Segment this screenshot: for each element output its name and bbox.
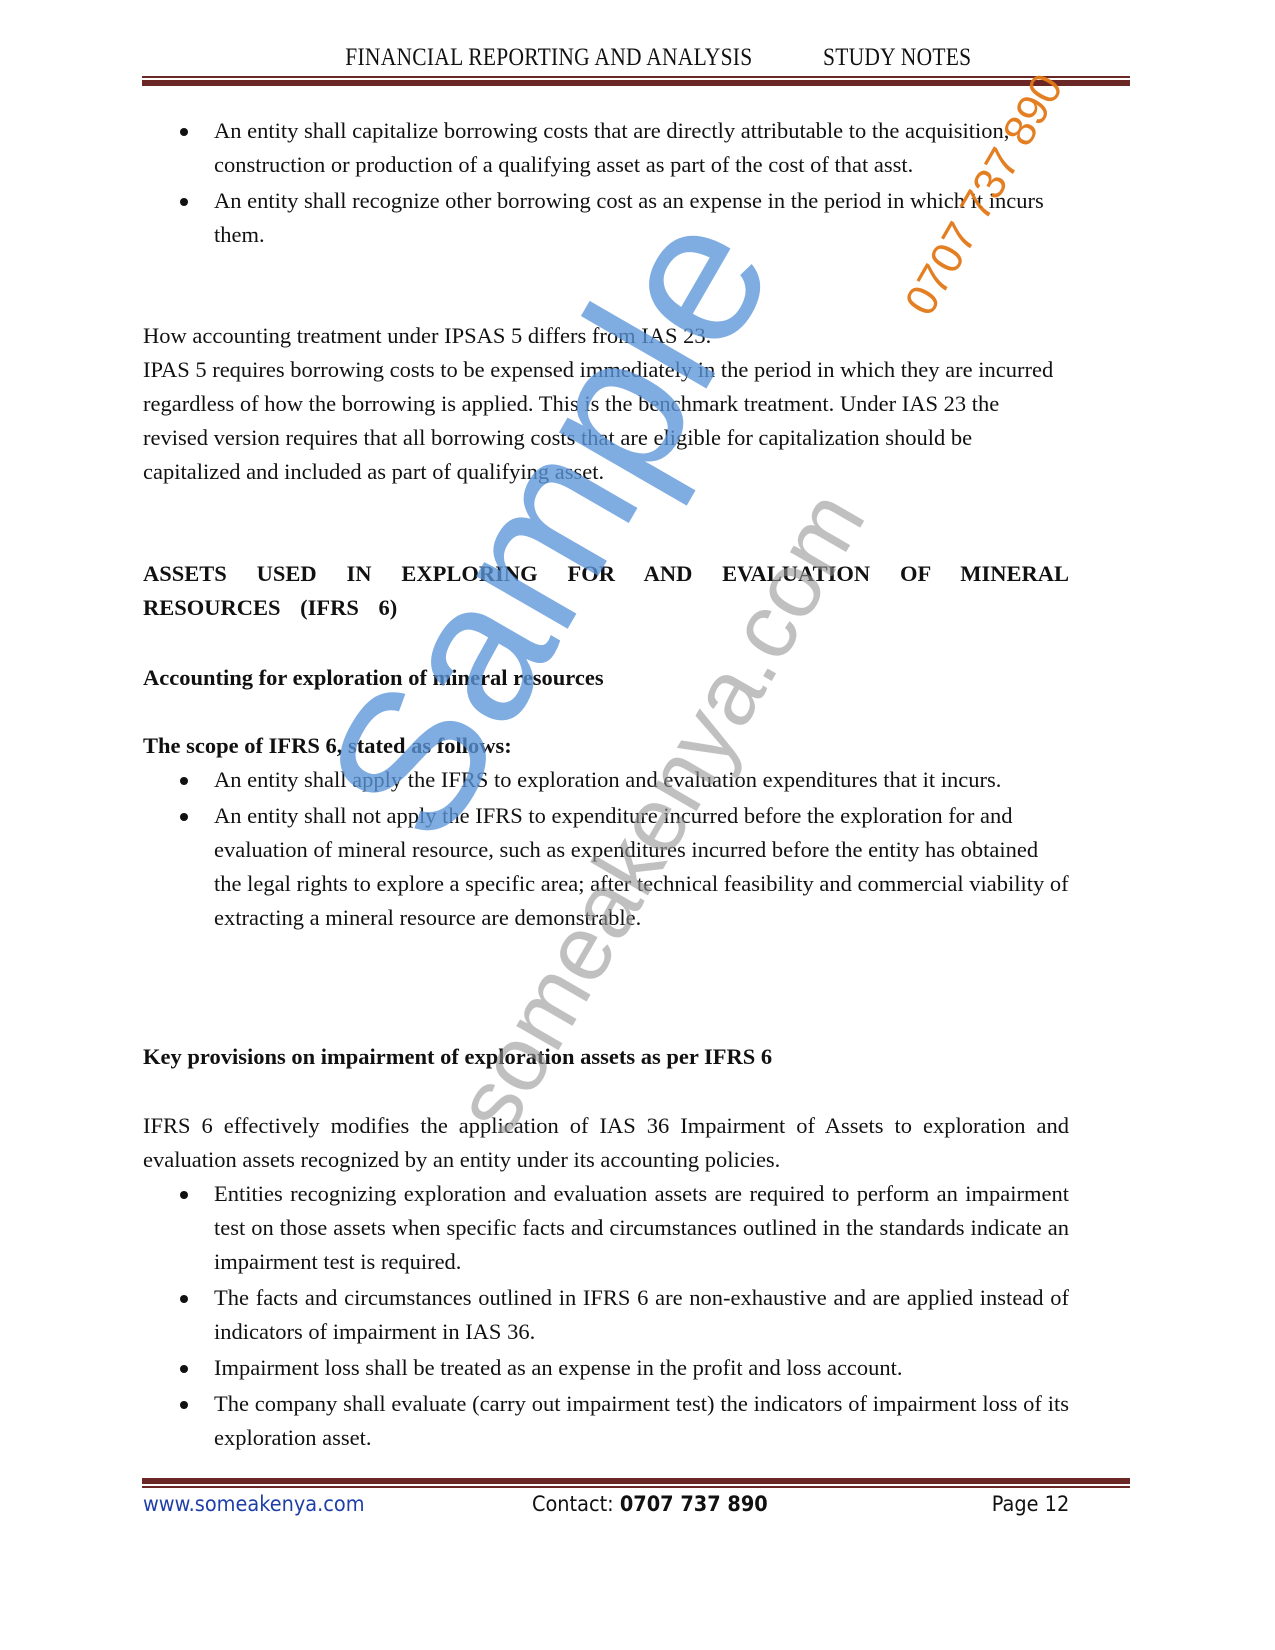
bullet-icon <box>180 128 188 136</box>
bullet-icon <box>180 1365 188 1373</box>
ifrs6-heading: ASSETS USED IN EXPLORING FOR AND EVALUAT… <box>143 557 1069 625</box>
scope-heading: The scope of IFRS 6, stated as follows: <box>143 729 1069 763</box>
bullet-icon <box>180 813 188 821</box>
impairment-intro: IFRS 6 effectively modifies the applicat… <box>143 1109 1069 1177</box>
question-text: How accounting treatment under IPSAS 5 d… <box>143 319 1069 353</box>
page-number: Page 12 <box>991 1492 1069 1516</box>
impairment-section: IFRS 6 effectively modifies the applicat… <box>143 1109 1069 1457</box>
running-header: FINANCIAL REPORTING AND ANALYSIS STUDY N… <box>0 44 1275 72</box>
impairment-heading: Key provisions on impairment of explorat… <box>143 1040 1069 1074</box>
bullet-icon <box>180 1401 188 1409</box>
list-item: An entity shall capitalize borrowing cos… <box>143 114 1069 182</box>
list-item: The company shall evaluate (carry out im… <box>143 1387 1069 1455</box>
contact-info: Contact: 0707 737 890 <box>532 1492 768 1516</box>
website-link[interactable]: www.someakenya.com <box>143 1492 365 1516</box>
course-title: FINANCIAL REPORTING AND ANALYSIS <box>346 44 753 72</box>
list-item: The facts and circumstances outlined in … <box>143 1281 1069 1349</box>
footer-rule <box>142 1478 1130 1488</box>
bullet-icon <box>180 1295 188 1303</box>
scope-section: The scope of IFRS 6, stated as follows: … <box>143 729 1069 937</box>
list-item: Entities recognizing exploration and eva… <box>143 1177 1069 1279</box>
bullet-icon <box>180 198 188 206</box>
subheading: Accounting for exploration of mineral re… <box>143 661 1069 695</box>
list-item: Impairment loss shall be treated as an e… <box>143 1351 1069 1385</box>
ifrs6-subheading: Accounting for exploration of mineral re… <box>143 661 1069 695</box>
answer-text: IPAS 5 requires borrowing costs to be ex… <box>143 353 1069 489</box>
list-item: An entity shall apply the IFRS to explor… <box>143 763 1069 797</box>
contact-label: Contact: <box>532 1492 620 1516</box>
ipsas-comparison: How accounting treatment under IPSAS 5 d… <box>143 319 1069 489</box>
list-item: An entity shall not apply the IFRS to ex… <box>143 799 1069 935</box>
bullet-icon <box>180 777 188 785</box>
list-item: An entity shall recognize other borrowin… <box>143 184 1069 252</box>
section-heading: ASSETS USED IN EXPLORING FOR AND EVALUAT… <box>143 557 1069 625</box>
doc-type: STUDY NOTES <box>823 44 971 72</box>
header-rule <box>142 76 1130 86</box>
bullet-icon <box>180 1191 188 1199</box>
document-page: FINANCIAL REPORTING AND ANALYSIS STUDY N… <box>0 0 1275 1650</box>
contact-number: 0707 737 890 <box>620 1492 768 1516</box>
borrowing-bullets: An entity shall capitalize borrowing cos… <box>143 114 1069 254</box>
impairment-heading-block: Key provisions on impairment of explorat… <box>143 1040 1069 1074</box>
